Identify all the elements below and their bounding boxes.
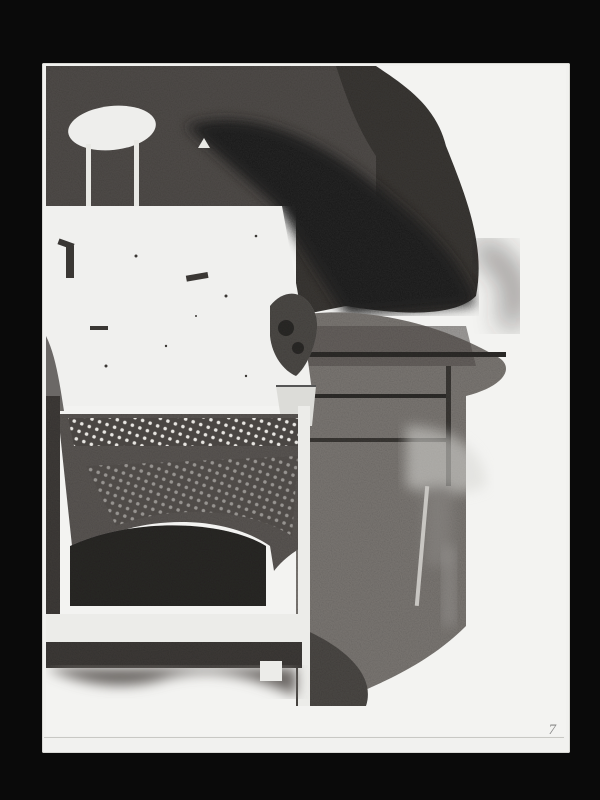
print-image [46,66,566,736]
paper-sheet: 7 [42,63,570,753]
edition-number: 7 [549,722,557,739]
print-artwork [46,66,566,736]
plate-mark-line [44,737,564,738]
